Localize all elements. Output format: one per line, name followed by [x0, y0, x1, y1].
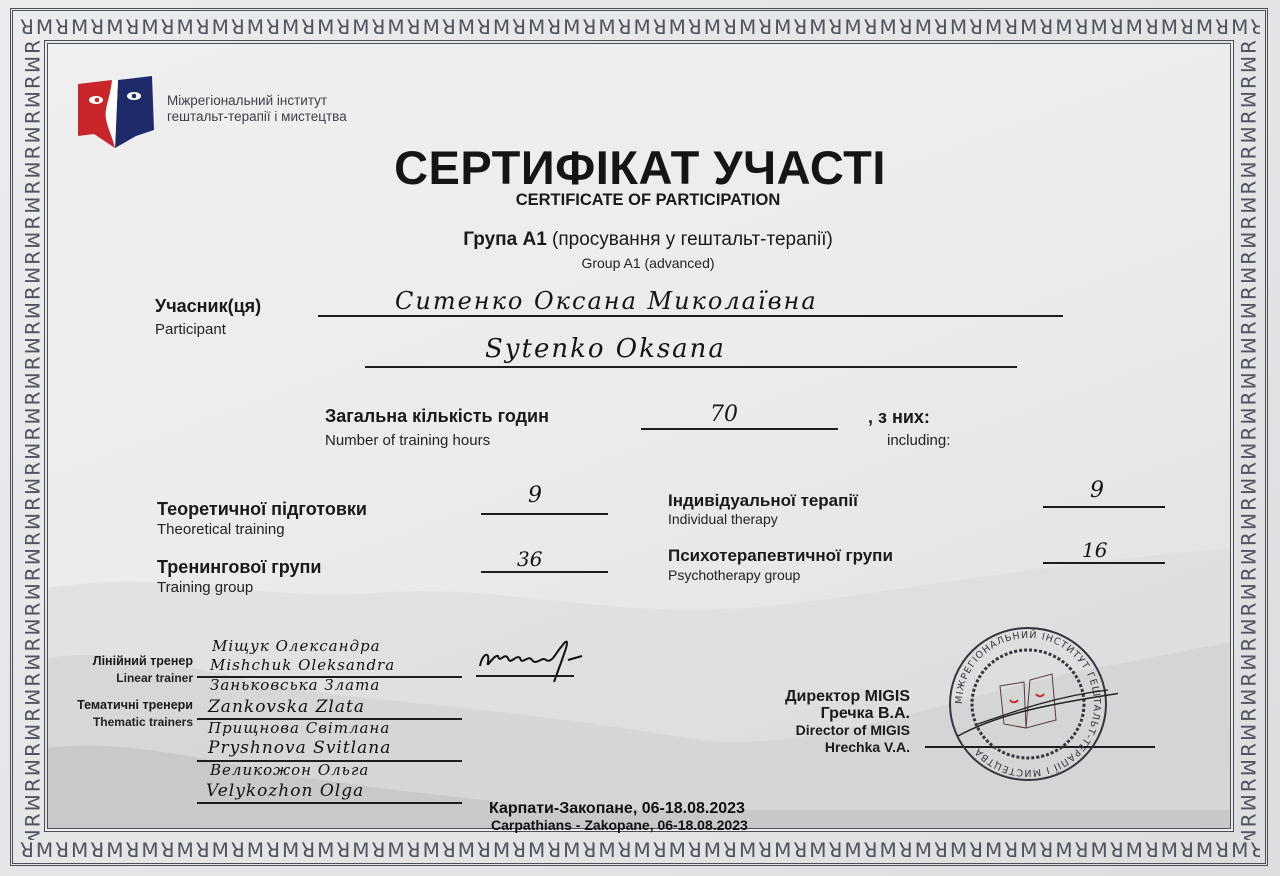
training-group-label-en: Training group: [157, 579, 253, 596]
group-description: (просування у гештальт-терапії): [547, 229, 833, 250]
individual-therapy-label-en: Individual therapy: [668, 511, 778, 527]
total-hours-label-ua: Загальна кількість годин: [325, 406, 549, 427]
total-hours-line: [641, 428, 838, 430]
institute-stamp-icon: МІЖРЕГІОНАЛЬНИЙ ІНСТИТУТ ГЕШТАЛЬТ-ТЕРАПІ…: [938, 624, 1118, 784]
institute-name-line1: Міжрегіональний інститут: [167, 93, 347, 109]
thematic-trainer-3-line: [197, 802, 462, 804]
director-block: Директор MIGIS Гречка В.А. Director of M…: [785, 688, 910, 756]
book-face-logo-icon: [74, 74, 156, 150]
psychotherapy-group-label-en: Psychotherapy group: [668, 567, 800, 583]
training-group-label-ua: Тренингової групи: [157, 557, 321, 578]
institute-name-line2: гештальт-терапії і мистецтва: [167, 109, 347, 125]
total-hours-value: 70: [710, 402, 738, 427]
participant-name-en: Sytenko Oksana: [485, 334, 726, 364]
linear-trainer-signature: [472, 636, 597, 684]
director-name-en: Hrechka V.A.: [785, 739, 910, 756]
linear-trainer-name-en: Mishchuk Oleksandra: [210, 656, 395, 674]
thematic-trainer-1-name-ua: Заньковська Злата: [210, 676, 380, 694]
thematic-trainer-3-name-en: Velykozhon Olga: [206, 781, 364, 801]
certificate-subtitle: CERTIFICATE OF PARTICIPATION: [0, 191, 1280, 210]
participant-name-line-en: [365, 366, 1017, 368]
theoretical-line: [481, 513, 608, 515]
certificate-sheet: ꓤꓟꓤꓟꓤꓟꓤꓟꓤꓟꓤꓟꓤꓟꓤꓟꓤꓟꓤꓟꓤꓟꓤꓟꓤꓟꓤꓟꓤꓟꓤꓟꓤꓟꓤꓟꓤꓟꓤꓟ…: [0, 0, 1280, 876]
place-date-en: Carpathians - Zakopane, 06-18.08.2023: [491, 817, 748, 833]
psychotherapy-group-value: 16: [1082, 538, 1107, 562]
training-group-value: 36: [517, 547, 542, 571]
psychotherapy-group-label-ua: Психотерапевтичної групи: [668, 546, 893, 566]
group-title-ua: Група А1 (просування у гештальт-терапії): [0, 229, 1280, 251]
theoretical-value: 9: [528, 483, 542, 508]
director-name-ua: Гречка В.А.: [785, 705, 910, 722]
group-title-en: Group A1 (advanced): [0, 255, 1280, 271]
training-group-line: [481, 571, 608, 573]
individual-therapy-value: 9: [1090, 478, 1104, 503]
institute-name: Міжрегіональний інститут гештальт-терапі…: [167, 93, 347, 125]
linear-trainer-label-en: Linear trainer: [116, 671, 193, 685]
thematic-trainer-3-name-ua: Великожон Ольга: [210, 761, 369, 779]
theoretical-label-en: Theoretical training: [157, 521, 285, 538]
individual-therapy-label-ua: Індивідуальної терапії: [668, 491, 858, 511]
place-date-ua: Карпати-Закопане, 06-18.08.2023: [489, 800, 745, 818]
thematic-trainer-2-name-en: Pryshnova Svitlana: [208, 738, 391, 758]
thematic-trainer-2-name-ua: Прищнова Світлана: [208, 719, 390, 737]
thematic-trainers-label-en: Thematic trainers: [93, 715, 193, 729]
total-hours-label-en: Number of training hours: [325, 432, 490, 449]
individual-therapy-line: [1043, 506, 1165, 508]
group-code: Група А1: [463, 229, 547, 250]
director-title-ua: Директор MIGIS: [785, 688, 910, 705]
linear-trainer-label-ua: Лінійний тренер: [93, 654, 193, 668]
including-label-ua: , з них:: [868, 407, 930, 428]
participant-name-ua: Ситенко Оксана Миколаївна: [395, 287, 818, 315]
psychotherapy-group-line: [1043, 562, 1165, 564]
greek-border-bottom: ꓤꓟꓤꓟꓤꓟꓤꓟꓤꓟꓤꓟꓤꓟꓤꓟꓤꓟꓤꓟꓤꓟꓤꓟꓤꓟꓤꓟꓤꓟꓤꓟꓤꓟꓤꓟꓤꓟꓤꓟ…: [20, 840, 1260, 864]
thematic-trainers-label-ua: Тематичні тренери: [77, 698, 193, 712]
theoretical-label-ua: Теоретичної підготовки: [157, 499, 367, 520]
linear-trainer-name-ua: Міщук Олександра: [212, 637, 381, 655]
including-label-en: including:: [887, 432, 950, 449]
greek-border-top: ꓤꓟꓤꓟꓤꓟꓤꓟꓤꓟꓤꓟꓤꓟꓤꓟꓤꓟꓤꓟꓤꓟꓤꓟꓤꓟꓤꓟꓤꓟꓤꓟꓤꓟꓤꓟꓤꓟꓤꓟ…: [20, 17, 1260, 41]
participant-label-ua: Учасник(ця): [155, 296, 261, 317]
thematic-trainer-1-name-en: Zankovska Zlata: [208, 697, 365, 717]
participant-label-en: Participant: [155, 321, 226, 338]
director-title-en: Director of MIGIS: [785, 722, 910, 739]
certificate-title: СЕРТИФІКАТ УЧАСТІ: [0, 140, 1280, 195]
participant-name-line-ua: [318, 315, 1063, 317]
